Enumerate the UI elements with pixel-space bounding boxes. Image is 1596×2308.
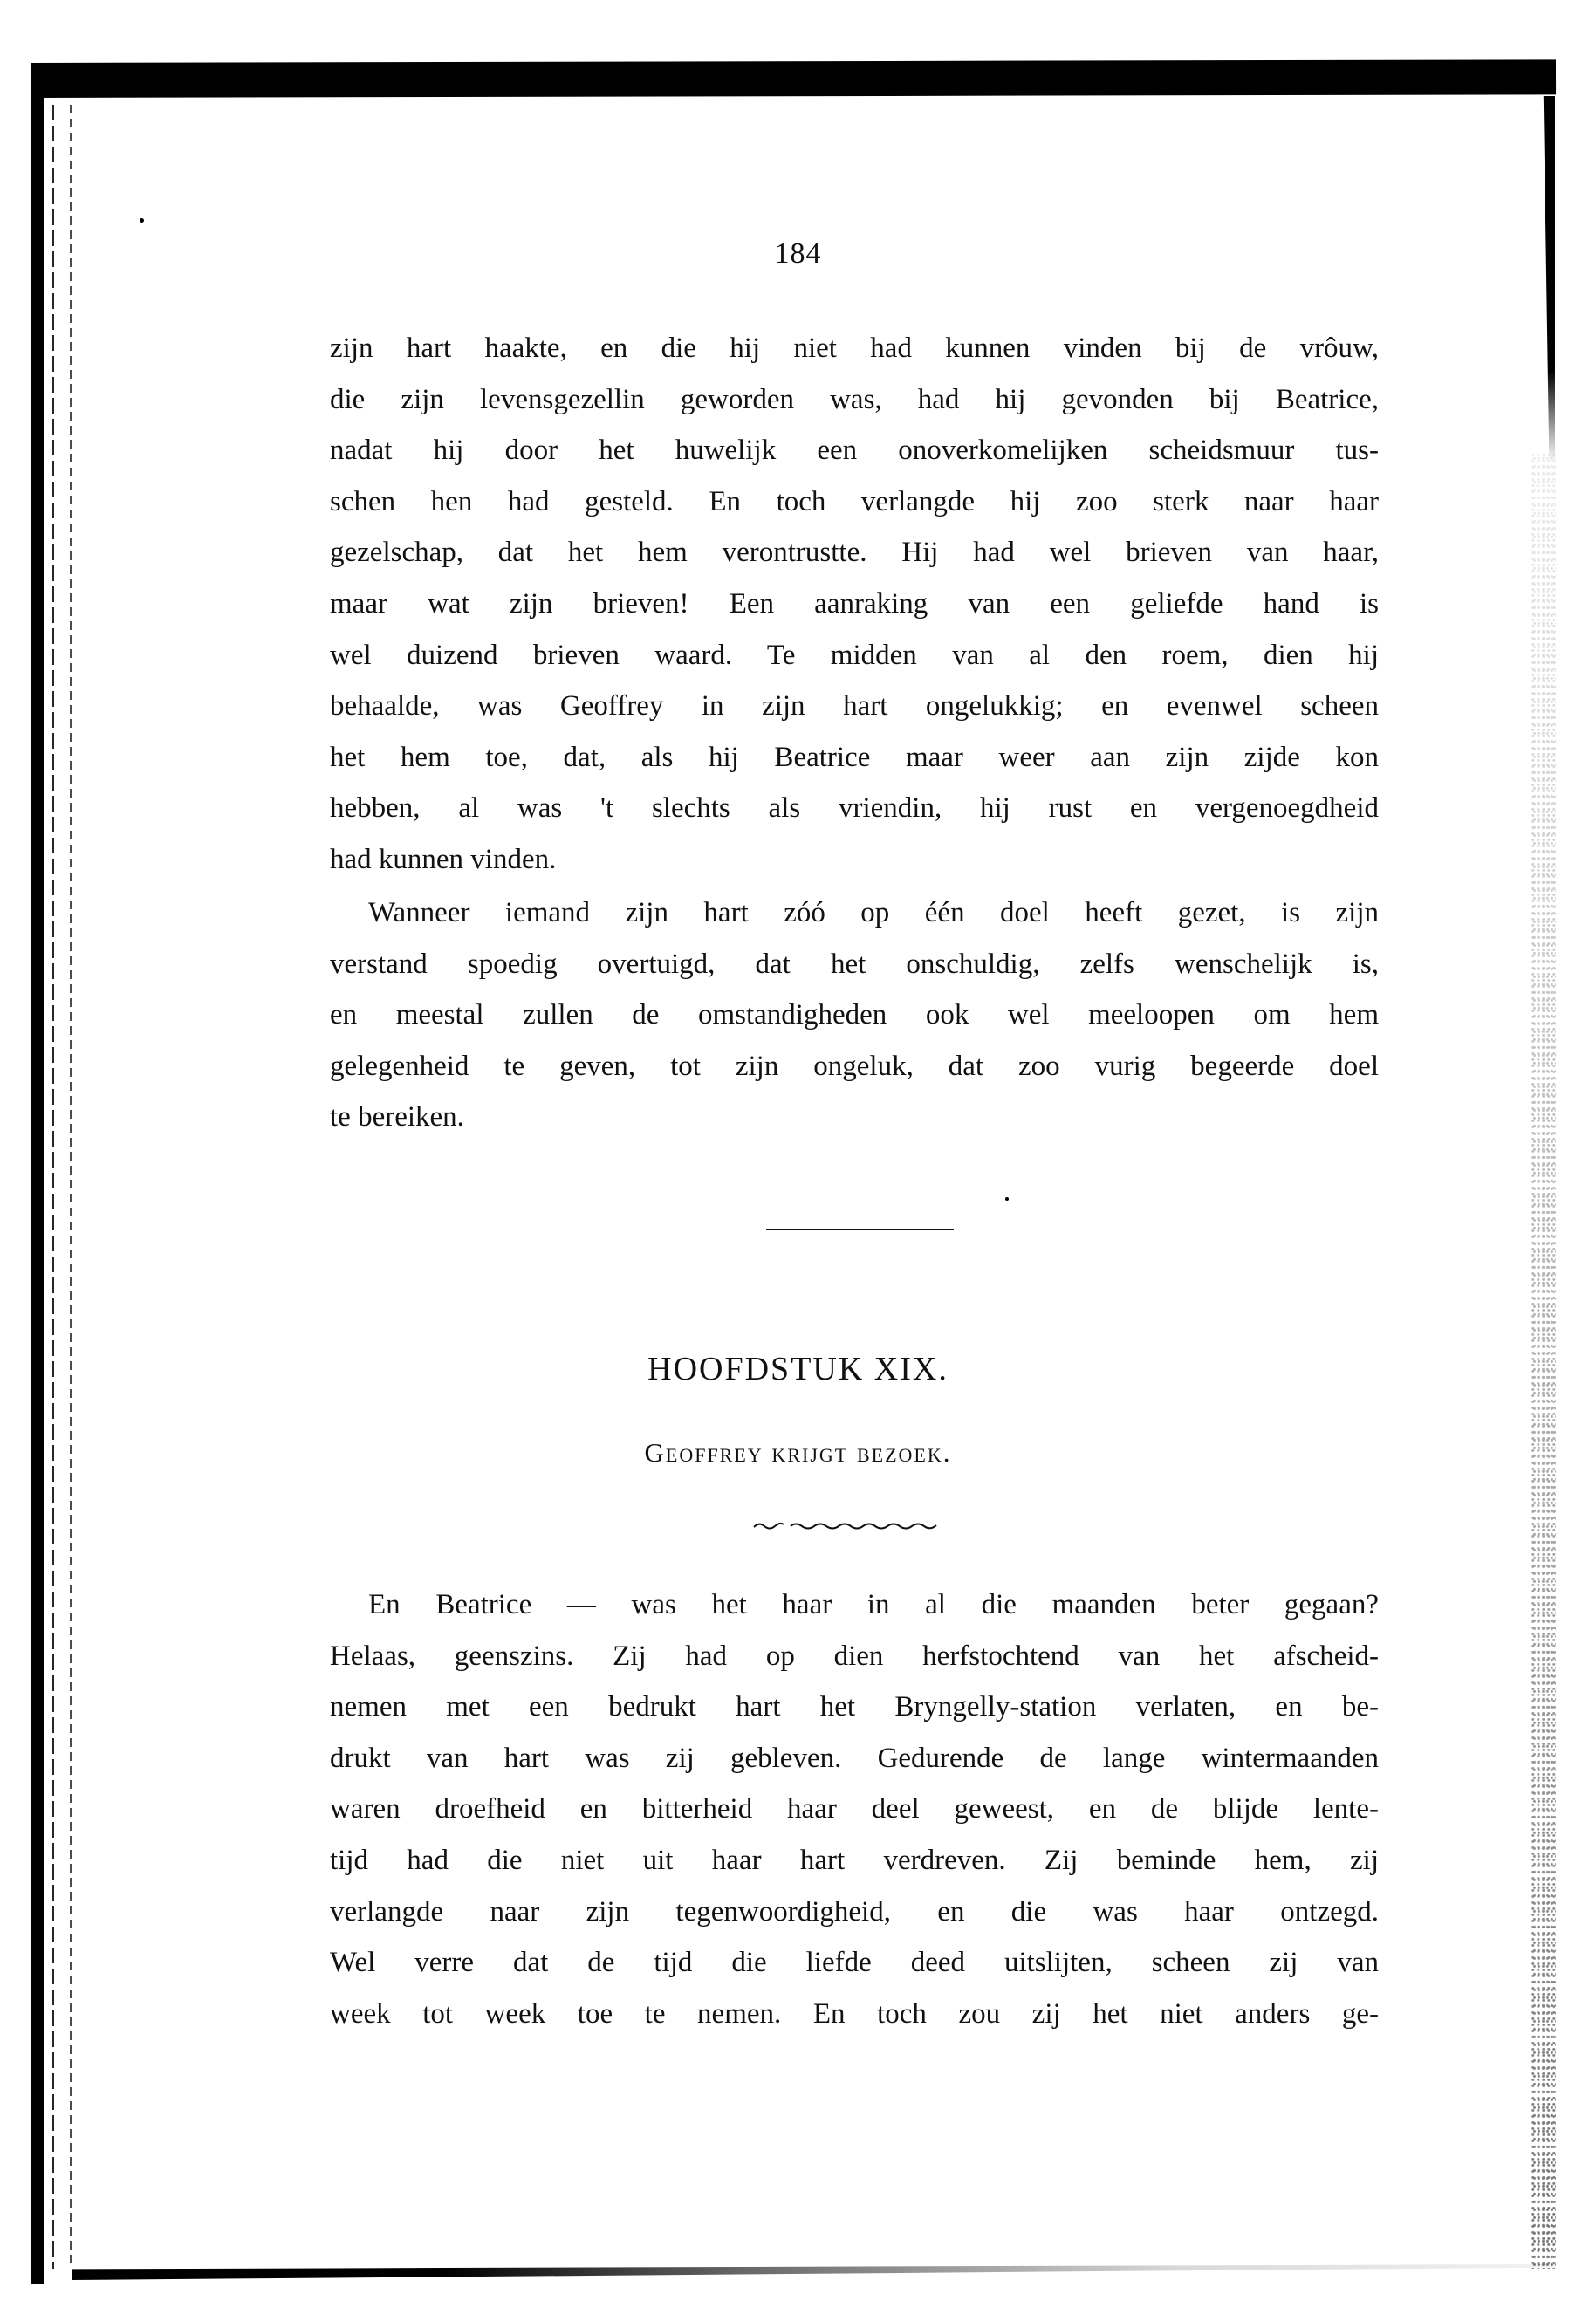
paragraph-continuation: zijn hart haakte, en die hij niet had ku… — [330, 323, 1379, 886]
text-line: had kunnen vinden. — [330, 834, 1379, 886]
chapter-subtitle: Geoffrey krijgt bezoek. — [0, 1437, 1596, 1469]
text-line: en meestal zullen de omstandigheden ook … — [330, 990, 1379, 1041]
text-line: hebben, al was 't slechts als vriendin, … — [330, 783, 1379, 834]
text-line: gelegenheid te geven, tot zijn ongeluk, … — [330, 1041, 1379, 1092]
wavy-ornament-icon — [752, 1519, 939, 1531]
text-line: nemen met een bedrukt hart het Bryngelly… — [330, 1681, 1379, 1733]
scan-frame-bottom — [72, 2264, 1555, 2280]
text-line: het hem toe, dat, als hij Beatrice maar … — [330, 732, 1379, 784]
scan-frame-top — [31, 59, 1556, 98]
text-line: wel duizend brieven waard. Te midden van… — [330, 630, 1379, 681]
text-line: nadat hij door het huwelijk een onoverko… — [330, 425, 1379, 476]
text-line: Wanneer iemand zijn hart zóó op één doel… — [330, 887, 1379, 939]
text-line: waren droefheid en bitterheid haar deel … — [330, 1784, 1379, 1835]
text-line: tijd had die niet uit haar hart verdreve… — [330, 1835, 1379, 1887]
text-line: drukt van hart was zij gebleven. Geduren… — [330, 1733, 1379, 1784]
text-line: En Beatrice — was het haar in al die maa… — [330, 1579, 1379, 1631]
paragraph-en-beatrice: En Beatrice — was het haar in al die maa… — [330, 1579, 1379, 2039]
scan-frame-right — [1536, 96, 1555, 462]
text-line: te bereiken. — [330, 1092, 1379, 1143]
scan-speck — [1005, 1197, 1009, 1201]
scan-speck — [140, 218, 144, 223]
text-line: verstand spoedig overtuigd, dat het onsc… — [330, 939, 1379, 990]
text-line: schen hen had gesteld. En toch verlangde… — [330, 476, 1379, 528]
text-line: maar wat zijn brieven! Een aanraking van… — [330, 579, 1379, 630]
text-line: Helaas, geenszins. Zij had op dien herfs… — [330, 1631, 1379, 1682]
text-line: die zijn levensgezellin geworden was, ha… — [330, 374, 1379, 426]
scan-frame-left-inner-line-2 — [70, 105, 72, 2269]
scan-frame-left-inner-line — [52, 105, 54, 2269]
scan-frame-left — [31, 68, 44, 2284]
section-divider-rule — [766, 1229, 954, 1230]
text-line: behaalde, was Geoffrey in zijn hart onge… — [330, 681, 1379, 732]
text-line: verlangde naar zijn tegenwoordigheid, en… — [330, 1887, 1379, 1938]
text-line: Wel verre dat de tijd die liefde deed ui… — [330, 1937, 1379, 1989]
paragraph-wanneer: Wanneer iemand zijn hart zóó op één doel… — [330, 887, 1379, 1143]
text-line: gezelschap, dat het hem verontrustte. Hi… — [330, 527, 1379, 579]
text-line: zijn hart haakte, en die hij niet had ku… — [330, 323, 1379, 374]
page-number: 184 — [0, 237, 1596, 271]
chapter-title: HOOFDSTUK XIX. — [0, 1350, 1596, 1388]
text-line: week tot week toe te nemen. En toch zou … — [330, 1989, 1379, 2040]
